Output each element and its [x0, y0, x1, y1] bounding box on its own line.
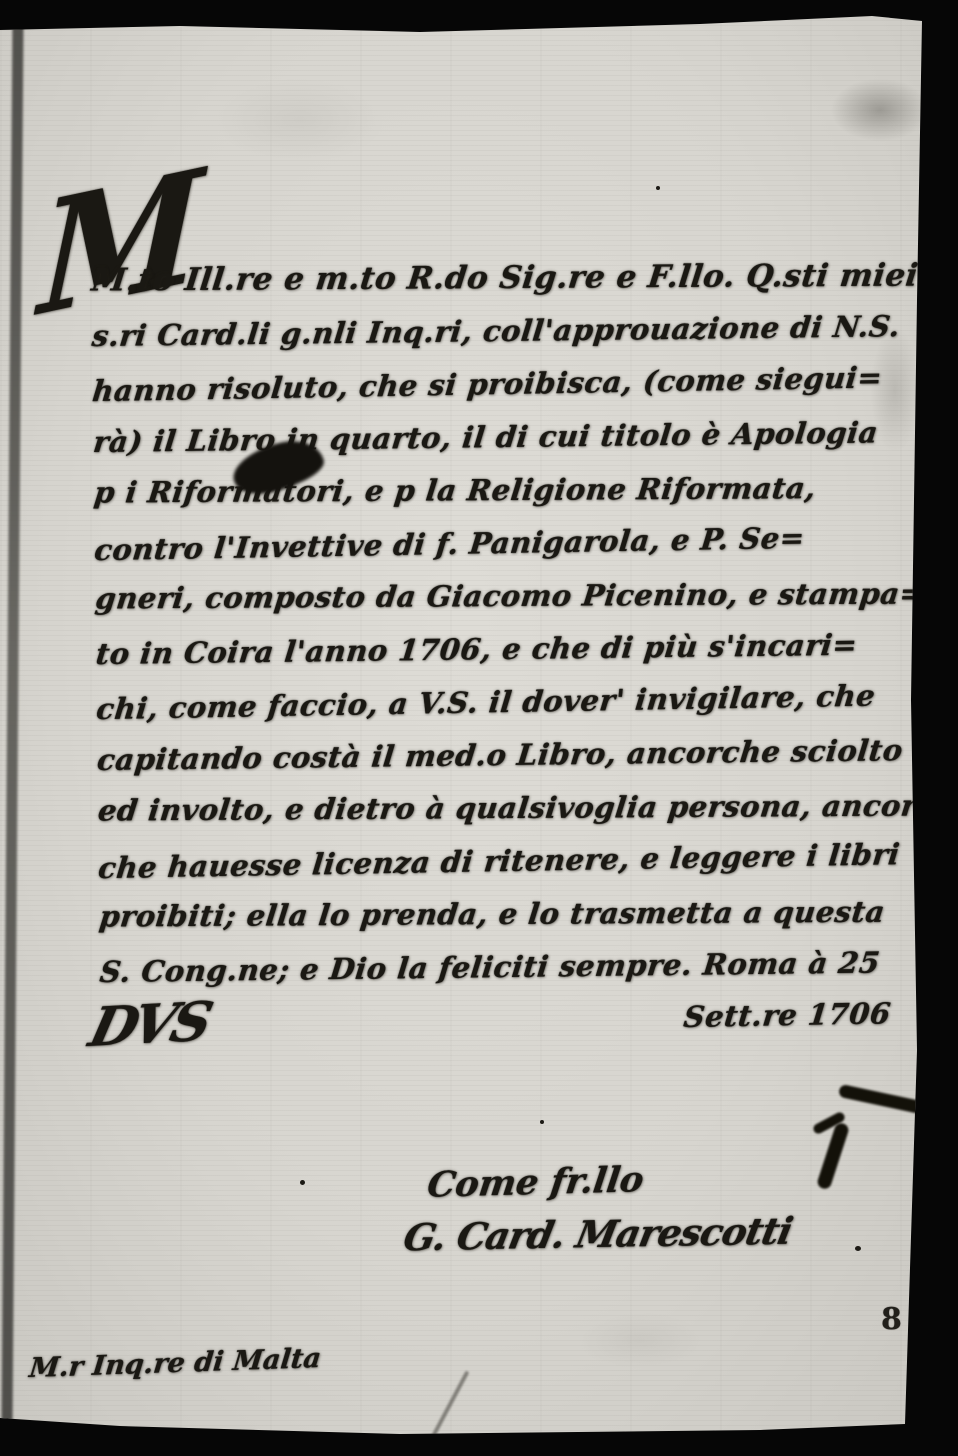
- ink-speck: [656, 186, 660, 190]
- pen-flourish-mark: [838, 1084, 956, 1121]
- letter-line: capitando costà il med.o Libro, ancorche…: [94, 724, 918, 787]
- binding-gutter-shadow: [2, 24, 24, 1422]
- letter-line: che hauesse licenza di ritenere, e legge…: [96, 828, 920, 895]
- letter-line: gneri, composto da Giacomo Picenino, e s…: [93, 567, 917, 625]
- ink-speck: [855, 1246, 861, 1251]
- scan-black-border: M M.to Ill.re e m.to R.do Sig.re e F.llo…: [0, 0, 958, 1456]
- ink-speck: [540, 1120, 544, 1124]
- pen-scratch: [423, 1370, 470, 1453]
- sender-initials-flourish: DVS: [84, 989, 215, 1059]
- ink-speck: [120, 700, 124, 704]
- letter-line: ed involto, e dietro à qualsivoglia pers…: [95, 779, 919, 837]
- signature: G. Card. Marescotti: [400, 1209, 796, 1260]
- ink-speck: [300, 1180, 305, 1185]
- letter-line: proibiti; ella lo prenda, e lo trasmetta…: [96, 885, 920, 943]
- manuscript-page: M M.to Ill.re e m.to R.do Sig.re e F.llo…: [0, 0, 958, 1456]
- address-annotation: M.r Inq.re di Malta: [28, 1343, 323, 1384]
- letter-line: contro l'Invettive di f. Panigarola, e P…: [92, 510, 916, 577]
- folio-number: 8: [881, 1302, 902, 1337]
- letter-line: rà) il Libro in quarto, il di cui titolo…: [91, 406, 915, 469]
- letter-body: M.to Ill.re e m.to R.do Sig.re e F.llo. …: [91, 247, 919, 1052]
- letter-line: M.to Ill.re e m.to R.do Sig.re e F.llo. …: [89, 249, 913, 307]
- letter-line: p i Riformatori, e p la Religione Riform…: [91, 461, 915, 519]
- closing-formula: Come fr.llo: [425, 1159, 646, 1206]
